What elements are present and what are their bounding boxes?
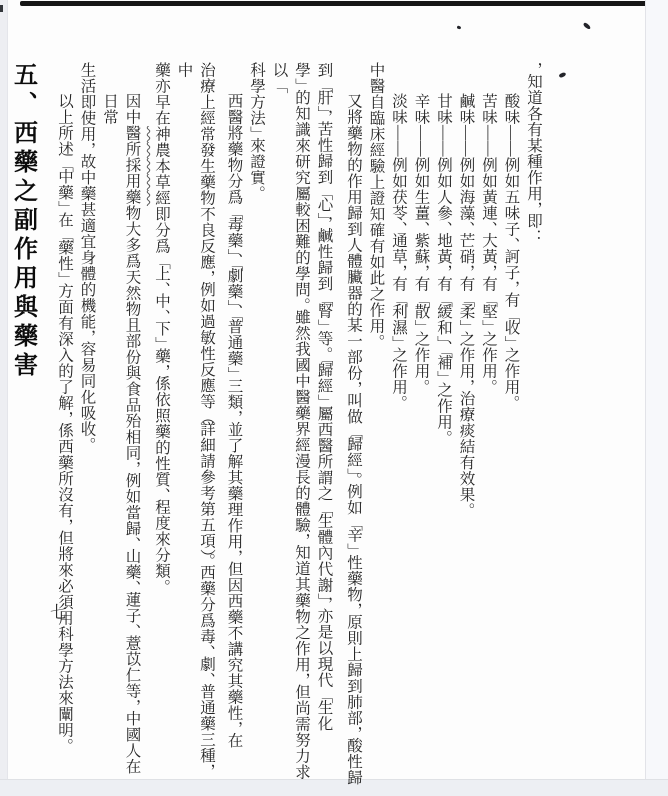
ink-speck (457, 26, 462, 30)
scan-corner-artifact (0, 5, 3, 12)
text-column: ，知道各有某種作用，即： (522, 62, 545, 790)
chapter-heading: 五、西藥之副作用與藥害 (6, 62, 40, 790)
text-column: 辛味——例如生薑、紫蘇，有「散」之作用。 (409, 62, 432, 790)
text-column: 科學方法」來證實。 (245, 62, 268, 790)
text-column: 以上所述「中藥」在「藥性」方面有深入的了解，係西藥所沒有，但將來必須用科學方法來… (53, 62, 76, 790)
ink-speck (583, 22, 592, 30)
text-column: 苦味——例如黃連、大黃，有「堅」之作用。 (477, 62, 500, 790)
book-title-mark: 神農本草經 (153, 126, 170, 206)
text-column: 到「肝」，苦性歸到「心」，鹹性歸到「腎」等。「歸經」屬西醫所謂之「生體內代謝」，… (312, 62, 335, 790)
text-column: 甘味——例如人參、地黃，有「緩和」、「補」之作用。 (432, 62, 455, 790)
text-column: 治療上經常發生藥物不良反應，例如過敏性反應等（詳細請參考第五項）。西藥分爲毒、劇… (172, 62, 217, 790)
scan-top-edge-bar (20, 1, 648, 6)
text-column: 學」的知識來研究屬較困難的學問。雖然我國中醫藥界經漫長的體驗，知道其藥物之作用，… (267, 62, 312, 790)
text-column: 生活即使用，故中藥甚適宜身體的機能，容易同化吸收。 (75, 62, 98, 790)
text-block: ，知道各有某種作用，即：酸味——例如五味子、訶子，有「收」之作用。苦味——例如黃… (2, 62, 545, 790)
text-column: 藥亦早在神農本草經即分爲「上、中、下」藥，係依照藥的性質、程度來分類。 (150, 62, 173, 790)
scan-right-margin (645, 0, 668, 796)
text-column: 因中醫所採用藥物大多爲天然物且部份與食品殆相同，例如當歸、山藥、蓮子、薏苡仁等，… (98, 62, 143, 790)
text-column: 鹹味——例如海藻、芒硝，有「柔」之作用，治療痰結有效果。 (454, 62, 477, 790)
scanned-page: ，知道各有某種作用，即：酸味——例如五味子、訶子，有「收」之作用。苦味——例如黃… (0, 0, 668, 796)
text-column: 又將藥物的作用歸到人體臟器的某一部份，叫做「歸經」。例如「辛」性藥物，原則上歸到… (342, 62, 365, 790)
text-column: 中醫自臨床經驗上證知確有如此之作用。 (364, 62, 387, 790)
ink-speck (558, 72, 566, 79)
text-column: 淡味——例如茯苓、通草，有「利濕」之作用。 (387, 62, 410, 790)
text-column: 酸味——例如五味子、訶子，有「收」之作用。 (499, 62, 522, 790)
text-column: 西醫將藥物分爲「毒藥」、「劇藥」、「普通藥」三類，並了解其藥理作用，但因西藥不講… (222, 62, 245, 790)
page-number: 七 (50, 598, 67, 623)
